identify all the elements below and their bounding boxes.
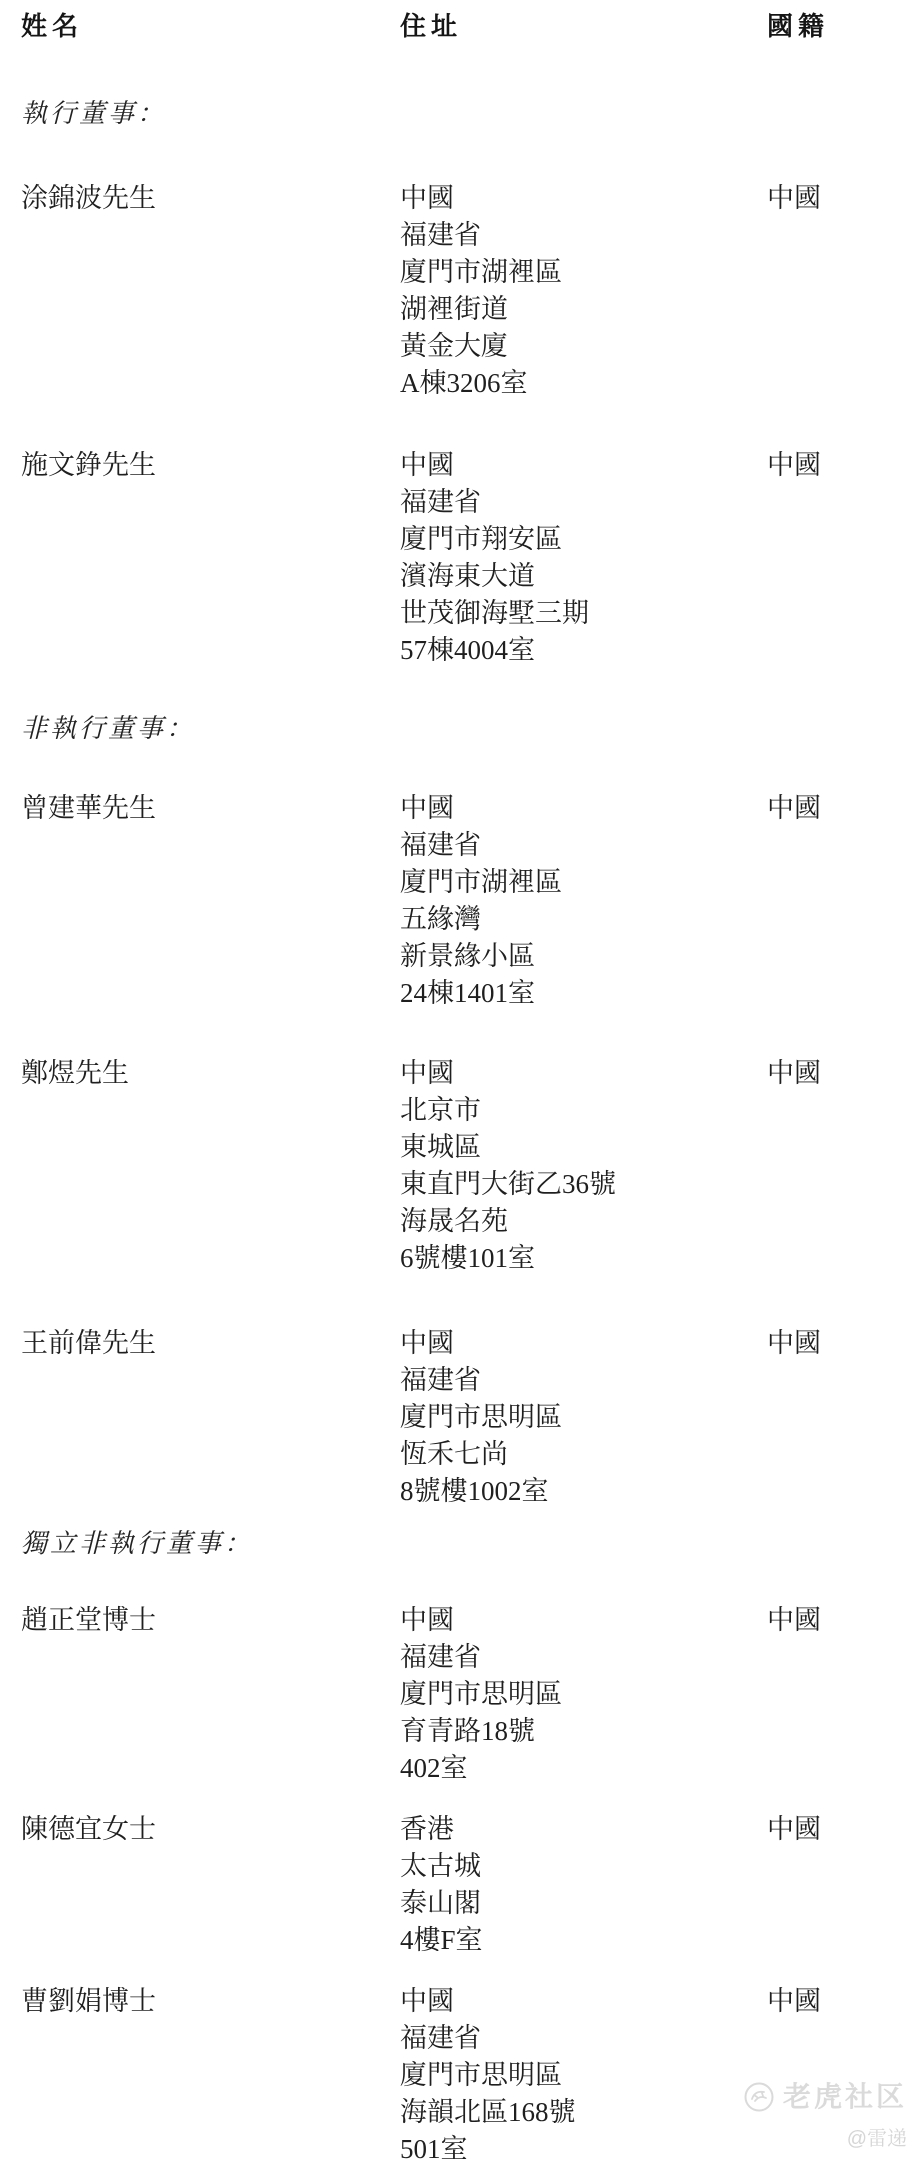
director-name: 陳德宜女士 [21, 1811, 400, 1959]
address-line: 五緣灣 [400, 901, 767, 938]
address-line: 福建省 [400, 2020, 767, 2057]
address-line: 福建省 [400, 1639, 767, 1676]
column-header-name: 姓名 [21, 8, 400, 45]
address-line: 8號樓1002室 [400, 1473, 767, 1510]
watermark-handle-text: @雷递 [743, 2121, 907, 2158]
address-line: 廈門市湖裡區 [400, 864, 767, 901]
director-name: 王前偉先生 [21, 1325, 400, 1510]
director-name: 涂錦波先生 [21, 180, 400, 402]
address-line: 中國 [400, 1325, 767, 1362]
address-line: 中國 [400, 1055, 767, 1092]
prospectus-directors-page: 姓名 住址 國籍 執行董事： 涂錦波先生 中國 福建省 廈門市湖裡區 湖裡街道 … [0, 0, 921, 2166]
table-row: 曾建華先生 中國 福建省 廈門市湖裡區 五緣灣 新景緣小區 24棟1401室 中… [0, 790, 921, 1012]
director-nationality: 中國 [767, 1055, 911, 1277]
address-line: 57棟4004室 [400, 632, 767, 669]
address-line: 泰山閣 [400, 1885, 767, 1922]
director-nationality: 中國 [767, 180, 911, 402]
address-line: 中國 [400, 790, 767, 827]
address-line: 太古城 [400, 1848, 767, 1885]
table-row: 王前偉先生 中國 福建省 廈門市思明區 恆禾七尚 8號樓1002室 中國 [0, 1325, 921, 1510]
director-nationality: 中國 [767, 1811, 911, 1959]
director-address: 中國 福建省 廈門市湖裡區 湖裡街道 黃金大廈 A棟3206室 [400, 180, 767, 402]
address-line: 6號樓101室 [400, 1240, 767, 1277]
address-line: 香港 [400, 1811, 767, 1848]
table-row: 涂錦波先生 中國 福建省 廈門市湖裡區 湖裡街道 黃金大廈 A棟3206室 中國 [0, 180, 921, 402]
director-address: 中國 北京市 東城區 東直門大街乙36號 海晟名苑 6號樓101室 [400, 1055, 767, 1277]
watermark-brand-text: 老虎社区 [783, 2078, 907, 2115]
address-line: 501室 [400, 2131, 767, 2166]
director-name: 曹劉娟博士 [21, 1983, 400, 2166]
address-line: 濱海東大道 [400, 558, 767, 595]
address-line: 海晟名苑 [400, 1203, 767, 1240]
address-line: 福建省 [400, 827, 767, 864]
tiger-logo-icon [743, 2081, 775, 2113]
address-line: 廈門市翔安區 [400, 521, 767, 558]
table-row: 趙正堂博士 中國 福建省 廈門市思明區 育青路18號 402室 中國 [0, 1602, 921, 1787]
column-header-address: 住址 [400, 8, 767, 45]
address-line: 廈門市思明區 [400, 1399, 767, 1436]
address-line: 中國 [400, 180, 767, 217]
address-line: A棟3206室 [400, 365, 767, 402]
address-line: 福建省 [400, 484, 767, 521]
director-name: 施文錚先生 [21, 447, 400, 669]
director-nationality: 中國 [767, 447, 911, 669]
address-line: 海韻北區168號 [400, 2094, 767, 2131]
address-line: 4樓F室 [400, 1922, 767, 1959]
address-line: 新景緣小區 [400, 938, 767, 975]
address-line: 黃金大廈 [400, 328, 767, 365]
address-line: 北京市 [400, 1092, 767, 1129]
address-line: 中國 [400, 1602, 767, 1639]
director-name: 鄭煜先生 [21, 1055, 400, 1277]
director-nationality: 中國 [767, 790, 911, 1012]
address-line: 中國 [400, 447, 767, 484]
watermark-brand-row: 老虎社区 [743, 2078, 907, 2115]
director-address: 中國 福建省 廈門市湖裡區 五緣灣 新景緣小區 24棟1401室 [400, 790, 767, 1012]
director-address: 中國 福建省 廈門市思明區 海韻北區168號 501室 [400, 1983, 767, 2166]
address-line: 福建省 [400, 1362, 767, 1399]
address-line: 402室 [400, 1750, 767, 1787]
address-line: 中國 [400, 1983, 767, 2020]
director-name: 趙正堂博士 [21, 1602, 400, 1787]
address-line: 24棟1401室 [400, 975, 767, 1012]
section-heading-non-executive-directors: 非執行董事： [0, 710, 921, 747]
table-row: 陳德宜女士 香港 太古城 泰山閣 4樓F室 中國 [0, 1811, 921, 1959]
address-line: 世茂御海墅三期 [400, 595, 767, 632]
watermark: 老虎社区 @雷递 [743, 2078, 907, 2158]
table-row: 施文錚先生 中國 福建省 廈門市翔安區 濱海東大道 世茂御海墅三期 57棟400… [0, 447, 921, 669]
address-line: 福建省 [400, 217, 767, 254]
director-nationality: 中國 [767, 1325, 911, 1510]
director-address: 中國 福建省 廈門市思明區 恆禾七尚 8號樓1002室 [400, 1325, 767, 1510]
director-nationality: 中國 [767, 1602, 911, 1787]
column-header-nationality: 國籍 [767, 8, 911, 45]
address-line: 東直門大街乙36號 [400, 1166, 767, 1203]
director-address: 中國 福建省 廈門市翔安區 濱海東大道 世茂御海墅三期 57棟4004室 [400, 447, 767, 669]
director-address: 香港 太古城 泰山閣 4樓F室 [400, 1811, 767, 1959]
section-heading-executive-directors: 執行董事： [0, 95, 921, 132]
address-line: 廈門市思明區 [400, 1676, 767, 1713]
address-line: 育青路18號 [400, 1713, 767, 1750]
table-header-row: 姓名 住址 國籍 [0, 0, 921, 45]
address-line: 廈門市湖裡區 [400, 254, 767, 291]
director-name: 曾建華先生 [21, 790, 400, 1012]
director-address: 中國 福建省 廈門市思明區 育青路18號 402室 [400, 1602, 767, 1787]
table-row: 鄭煜先生 中國 北京市 東城區 東直門大街乙36號 海晟名苑 6號樓101室 中… [0, 1055, 921, 1277]
address-line: 湖裡街道 [400, 291, 767, 328]
address-line: 廈門市思明區 [400, 2057, 767, 2094]
address-line: 東城區 [400, 1129, 767, 1166]
address-line: 恆禾七尚 [400, 1436, 767, 1473]
section-heading-independent-non-executive-directors: 獨立非執行董事： [0, 1525, 921, 1562]
